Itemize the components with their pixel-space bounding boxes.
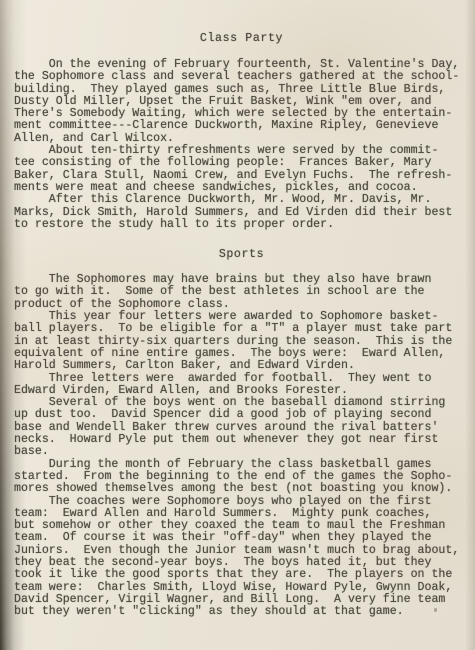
section-title-sports: Sports xyxy=(14,248,469,261)
paragraph: The coaches were Sophomore boys who play… xyxy=(14,496,469,619)
paragraph: On the evening of February fourteenth, S… xyxy=(14,59,469,145)
paragraph: During the month of February the class b… xyxy=(14,459,469,496)
paragraph: After this Clarence Duckworth, Mr. Wood,… xyxy=(14,194,469,231)
document-page: Class Party On the evening of February f… xyxy=(0,0,475,650)
paragraph: This year four letters were awarded to S… xyxy=(14,311,469,372)
section-class-party: Class Party On the evening of February f… xyxy=(14,32,469,231)
ink-speck xyxy=(434,608,437,612)
paragraph: Several of the boys went on the baseball… xyxy=(14,397,469,458)
paragraph: The Sophomores may have brains but they … xyxy=(14,274,469,311)
page-content: Class Party On the evening of February f… xyxy=(14,32,469,618)
section-sports: Sports The Sophomores may have brains bu… xyxy=(14,248,469,618)
paragraph: About ten-thirty refreshments were serve… xyxy=(14,145,469,194)
paragraph: Three letters were awarded for football.… xyxy=(14,373,469,398)
section-title-class-party: Class Party xyxy=(14,32,469,45)
